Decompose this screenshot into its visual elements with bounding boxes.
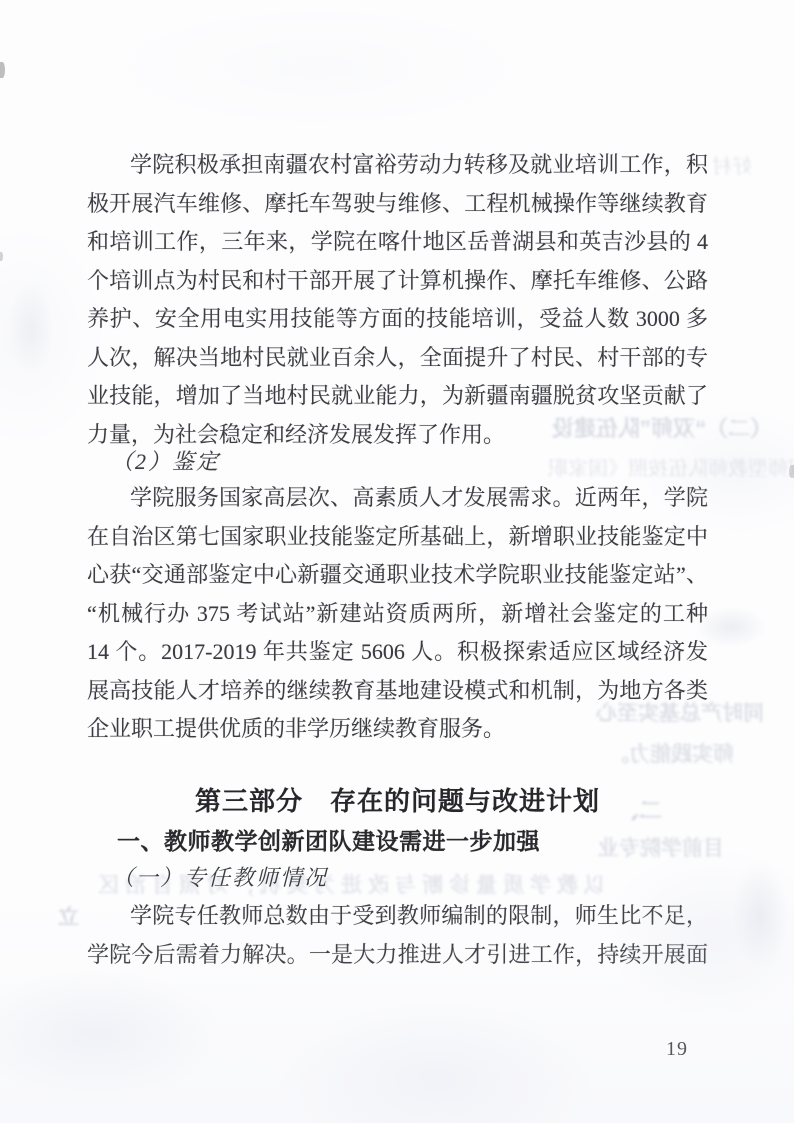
- paragraph-training: 学院积极承担南疆农村富裕劳动力转移及就业培训工作，积 极开展汽车维修、摩托车驾驶…: [87, 146, 708, 454]
- scan-edge-speck: [0, 62, 5, 78]
- body-line: 14 个。2017-2019 年共鉴定 5606 人。积极探索适应区域经济发: [87, 633, 708, 672]
- scan-smudge: [732, 860, 788, 970]
- body-line: 学院积极承担南疆农村富裕劳动力转移及就业培训工作，积: [87, 146, 708, 185]
- bleedthrough-text: 好村: [712, 150, 752, 179]
- body-line: 业技能，增加了当地村民就业能力，为新疆南疆脱贫攻坚贡献了: [87, 377, 708, 416]
- body-line: 在自治区第七国家职业技能鉴定所基础上，新增职业技能鉴定中: [87, 518, 708, 557]
- section-heading: 第三部分 存在的问题与改进计划: [87, 781, 708, 818]
- body-line: 养护、安全用电实用技能等方面的技能培训，受益人数 3000 多: [87, 300, 708, 339]
- body-line: 展高技能人才培养的继续教育基地建设模式和机制，为地方各类: [87, 672, 708, 711]
- body-line: 心获“交通部鉴定中心新疆交通职业技术学院职业技能鉴定站”、: [87, 556, 708, 595]
- body-line: 人次，解决当地村民就业百余人，全面提升了村民、村干部的专: [87, 339, 708, 378]
- body-line: 企业职工提供优质的非学历继续教育服务。: [87, 710, 708, 749]
- body-line: 学院今后需着力解决。一是大力推进人才引进工作，持续开展面: [87, 936, 708, 975]
- body-line: 极开展汽车维修、摩托车驾驶与维修、工程机械操作等继续教育: [87, 185, 708, 224]
- subsection-heading: 一、教师教学创新团队建设需进一步加强: [117, 823, 540, 856]
- page-number: 19: [666, 1038, 688, 1061]
- scanned-document-page: （二）“双师”队伍建设 学院双师型教师队伍按照《国家职 同时产总基实至心 师实践…: [0, 0, 794, 1123]
- numbered-item-label: （2）鉴定: [111, 444, 220, 480]
- scan-edge-speck: [0, 252, 3, 261]
- item-heading: （一）专任教师情况: [112, 861, 328, 895]
- scan-smudge: [8, 280, 54, 376]
- body-line: 和培训工作，三年来，学院在喀什地区岳普湖县和英吉沙县的 4: [87, 223, 708, 262]
- body-line: 学院专任教师总数由于受到教师编制的限制，师生比不足，: [87, 897, 708, 936]
- body-line: 个培训点为村民和村干部开展了计算机操作、摩托车维修、公路: [87, 262, 708, 301]
- bleedthrough-text: 学院双师型教师队伍按照《国家职: [548, 452, 794, 481]
- paragraph-faculty: 学院专任教师总数由于受到教师编制的限制，师生比不足， 学院今后需着力解决。一是大…: [87, 897, 708, 974]
- paragraph-appraisal: 学院服务国家高层次、高素质人才发展需求。近两年，学院 在自治区第七国家职业技能鉴…: [87, 479, 708, 749]
- bleedthrough-text: 目前学院专业: [598, 832, 724, 862]
- body-line: “机械行办 375 考试站”新建站资质两所，新增社会鉴定的工种: [87, 595, 708, 634]
- scan-edge-speck: [789, 465, 794, 478]
- bleedthrough-text: 立: [58, 901, 79, 931]
- body-line: 学院服务国家高层次、高素质人才发展需求。近两年，学院: [87, 479, 708, 518]
